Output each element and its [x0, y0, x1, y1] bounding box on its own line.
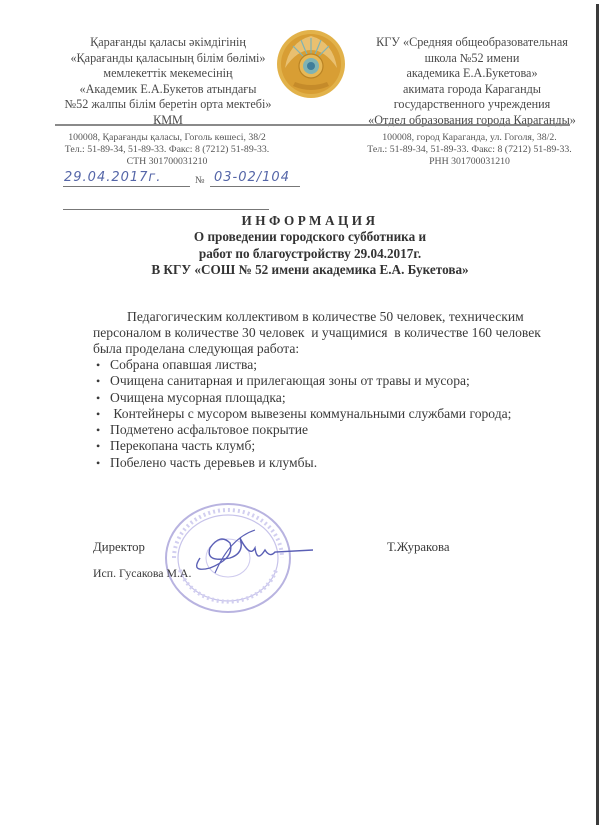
handwritten-date: 29.04.2017г.: [64, 170, 161, 185]
header-left-line: №52 жалпы білім беретін орта мектебі»: [58, 97, 278, 113]
address-russian: 100008, город Караганда, ул. Гоголя, 38/…: [362, 132, 577, 168]
director-signature-icon: [185, 528, 315, 578]
intro-line: персоналом в количестве 30 человек и уча…: [93, 325, 573, 341]
executor-name: Исп. Гусакова М.А.: [93, 566, 191, 581]
blank-underline: [63, 209, 269, 210]
intro-line: была проделана следующая работа:: [93, 341, 573, 357]
header-russian: КГУ «Средняя общеобразовательная школа №…: [362, 35, 582, 128]
list-item: Перекопана часть клумб;: [93, 438, 511, 454]
list-item: Очищена санитарная и прилегающая зоны от…: [93, 373, 511, 389]
scan-edge-border: [596, 4, 599, 825]
address-right-line: Тел.: 51-89-34, 51-89-33. Факс: 8 (7212)…: [362, 144, 577, 156]
address-left-line: 100008, Қарағанды қаласы, Гоголь көшесі,…: [62, 132, 272, 144]
handwritten-number: 03-02/104: [214, 170, 290, 185]
intro-paragraph: Педагогическим коллективом в количестве …: [93, 309, 573, 358]
header-kazakh: Қарағанды қаласы әкімдігінің «Қарағанды …: [58, 35, 278, 128]
signatory-name: Т.Журакова: [387, 540, 450, 555]
date-underline: [63, 186, 190, 187]
signatory-role: Директор: [93, 540, 145, 555]
list-item: Побелено часть деревьев и клумбы.: [93, 455, 511, 471]
header-divider: [55, 124, 570, 126]
header-right-line: школа №52 имени: [362, 51, 582, 67]
header-left-line: «Қарағанды қаласының білім бөлімі»: [58, 51, 278, 67]
header-right-line: КГУ «Средняя общеобразовательная: [362, 35, 582, 51]
document-subtitle: О проведении городского субботника и раб…: [100, 229, 520, 279]
list-item: Собрана опавшая листва;: [93, 357, 511, 373]
list-item: Подметено асфальтовое покрытие: [93, 422, 511, 438]
document-title: ИНФОРМАЦИЯ: [100, 213, 520, 230]
number-label: №: [195, 175, 205, 186]
header-left-line: мемлекеттік мекемесінің: [58, 66, 278, 82]
intro-line: Педагогическим коллективом в количестве …: [93, 309, 573, 325]
header-left-line: «Академик Е.А.Букетов атындағы: [58, 82, 278, 98]
state-emblem-icon: [275, 28, 347, 100]
address-left-line: СТН 301700031210: [62, 156, 272, 168]
header-right-line: акимата города Караганды: [362, 82, 582, 98]
subtitle-line: работ по благоустройству 29.04.2017г.: [100, 246, 520, 263]
address-kazakh: 100008, Қарағанды қаласы, Гоголь көшесі,…: [62, 132, 272, 168]
address-right-line: 100008, город Караганда, ул. Гоголя, 38/…: [362, 132, 577, 144]
work-list: Собрана опавшая листва; Очищена санитарн…: [93, 357, 511, 471]
subtitle-line: В КГУ «СОШ № 52 имени академика Е.А. Бук…: [100, 262, 520, 279]
header-right-line: государственного учреждения: [362, 97, 582, 113]
list-item: Очищена мусорная площадка;: [93, 390, 511, 406]
list-item: Контейнеры с мусором вывезены коммунальн…: [93, 406, 511, 422]
address-right-line: РНН 301700031210: [362, 156, 577, 168]
subtitle-line: О проведении городского субботника и: [100, 229, 520, 246]
number-underline: [210, 186, 300, 187]
header-left-line: Қарағанды қаласы әкімдігінің: [58, 35, 278, 51]
address-left-line: Тел.: 51-89-34, 51-89-33. Факс: 8 (7212)…: [62, 144, 272, 156]
header-right-line: академика Е.А.Букетова»: [362, 66, 582, 82]
